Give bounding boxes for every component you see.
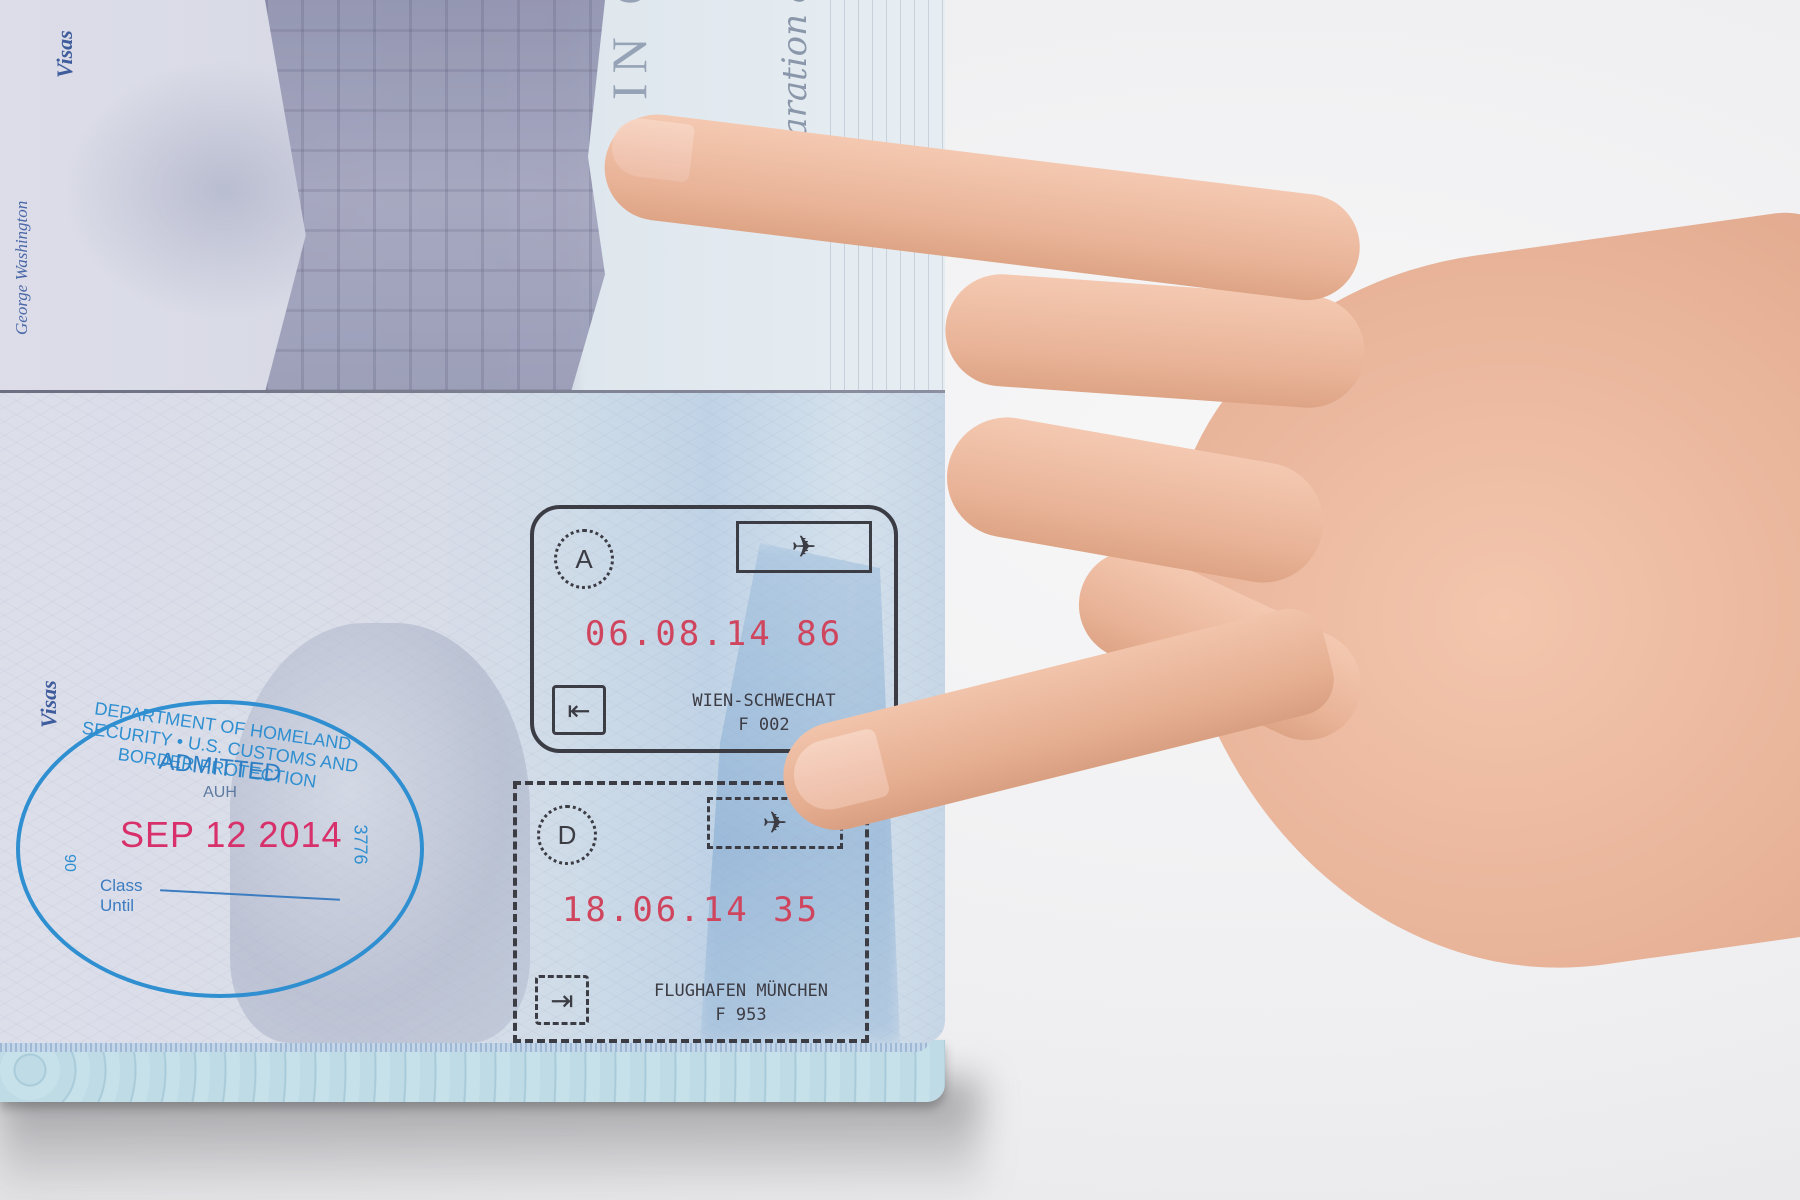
hand [0, 0, 1800, 1200]
photo-scene: Visas IN CONGRESS, Declaration of the Ge… [0, 0, 1800, 1200]
thumb [772, 601, 1341, 841]
